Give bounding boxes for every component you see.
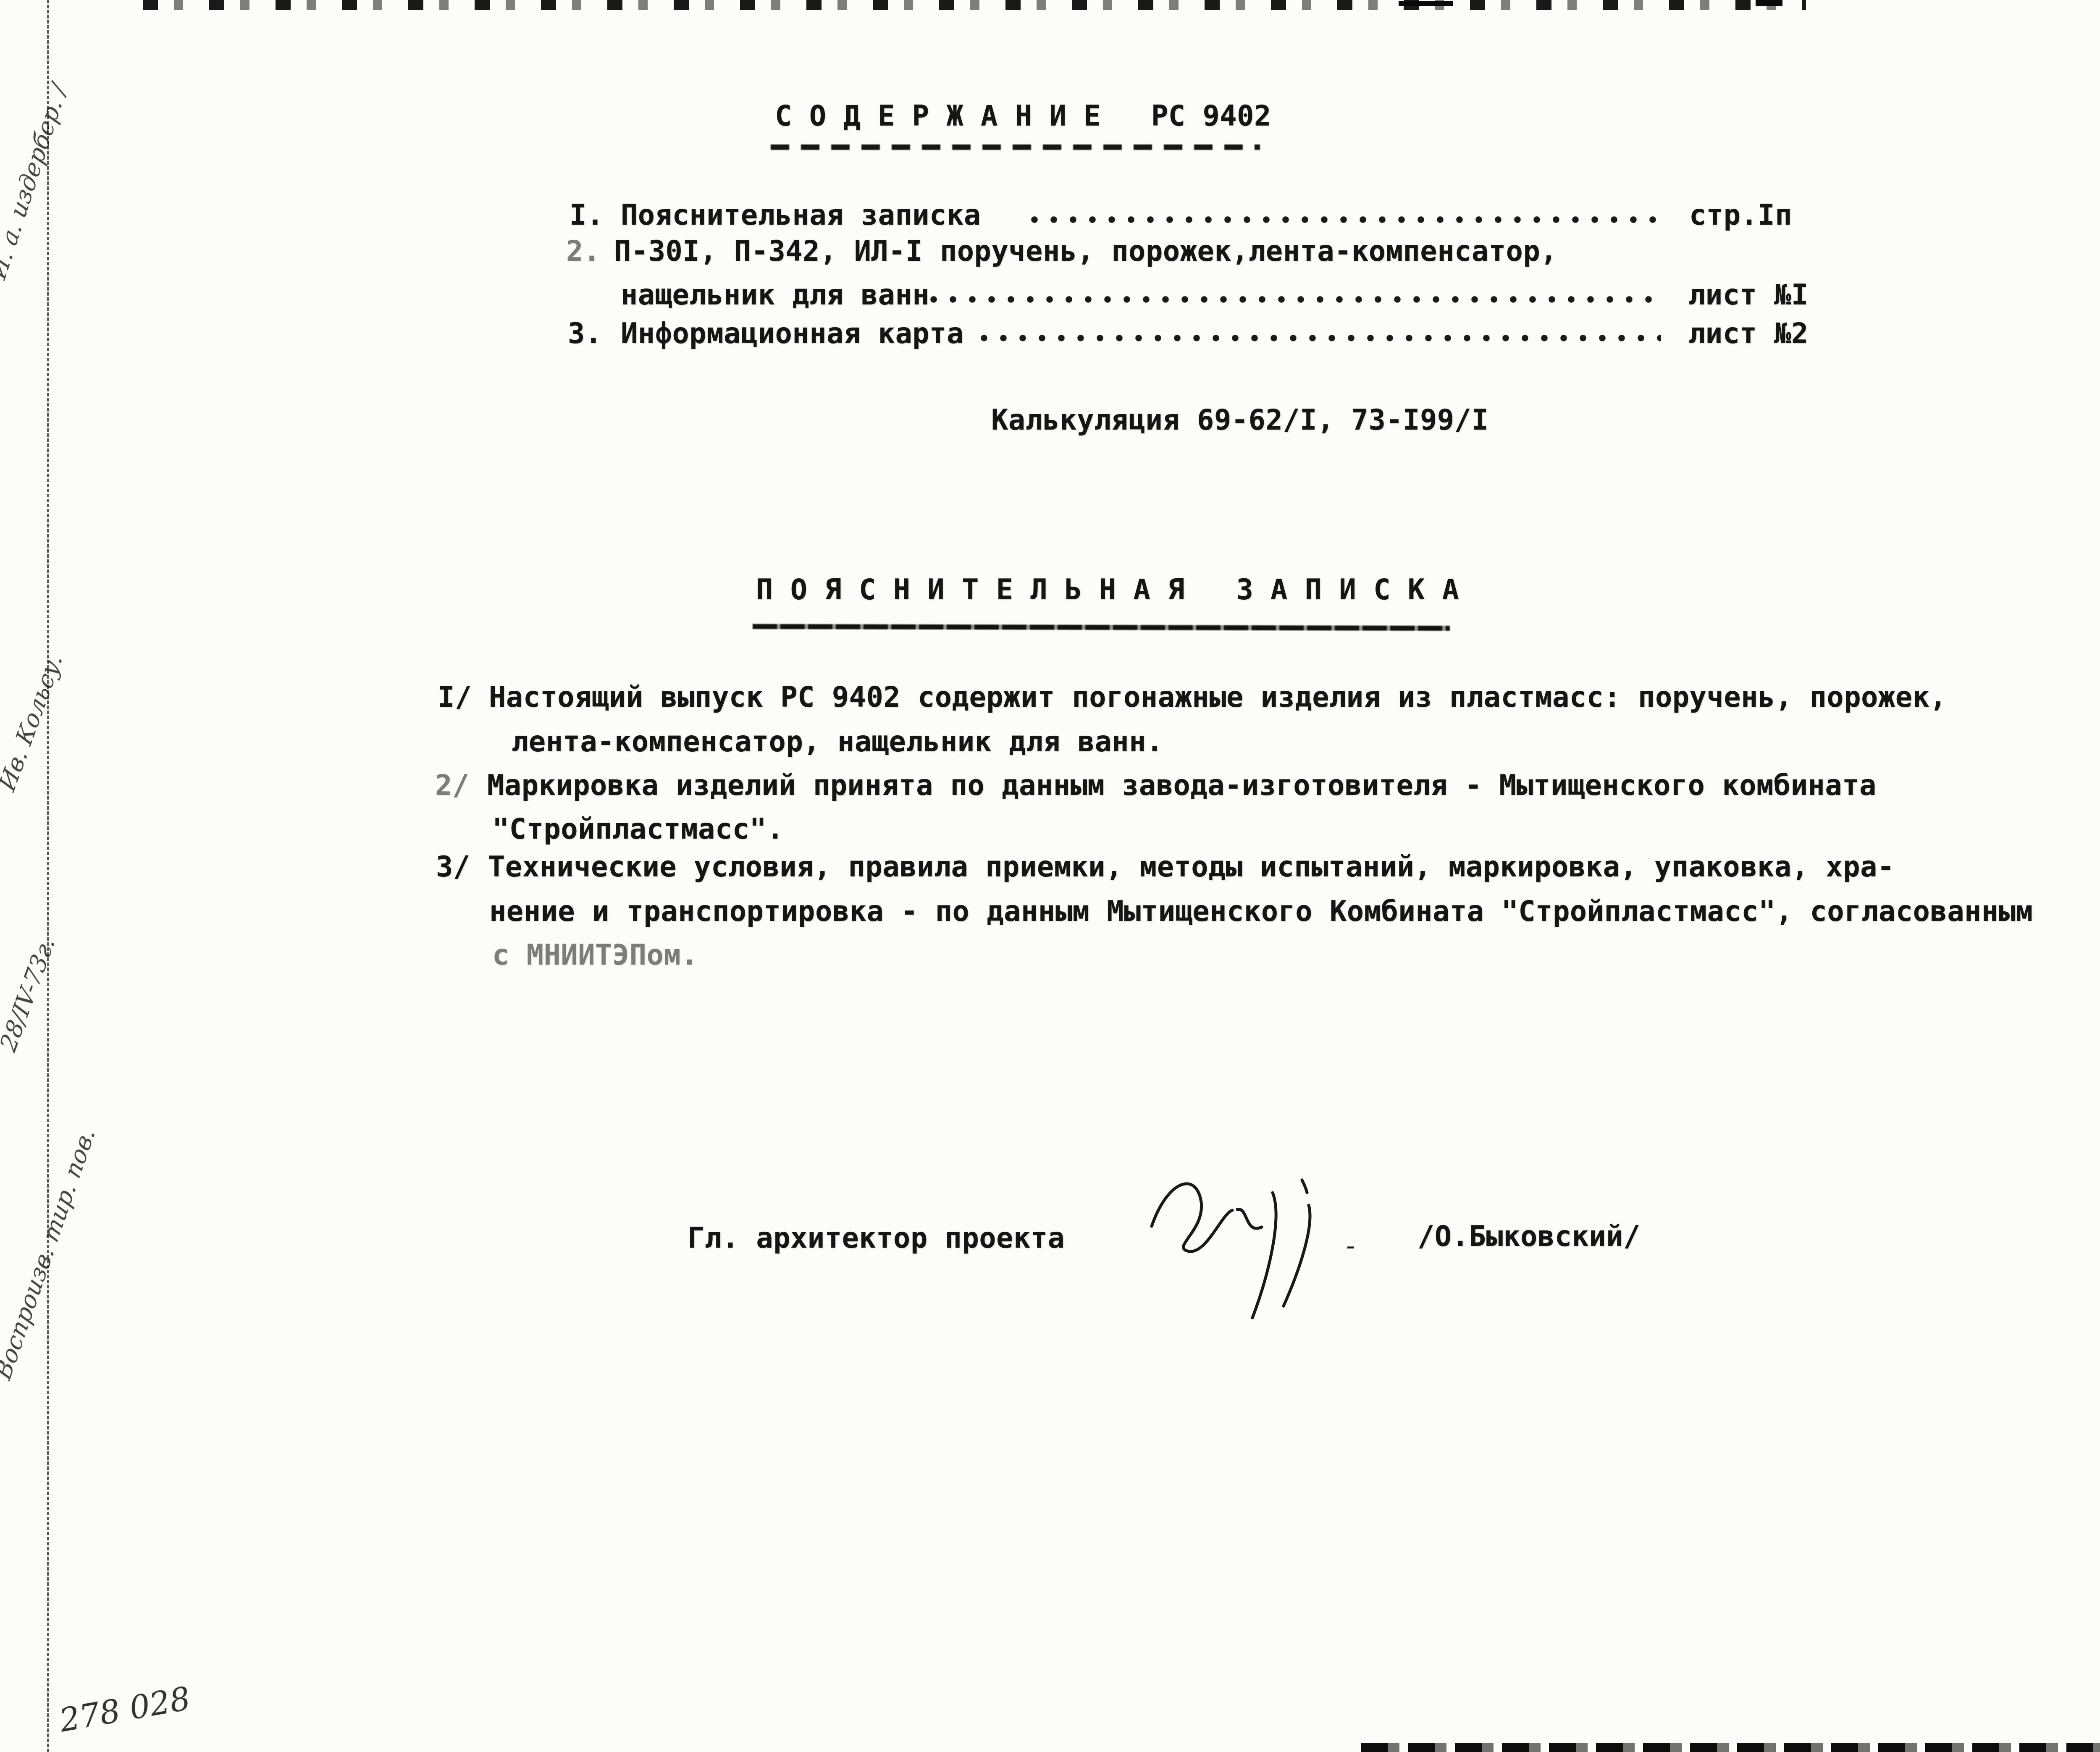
page-number-handwritten: 278 028: [57, 1679, 193, 1739]
dot-leader: [930, 296, 1661, 303]
paragraph-marker: 3/: [436, 852, 470, 883]
margin-fold-line: [47, 0, 49, 1752]
toc-item-title: П-30I, П-342, ИЛ-I поручень, порожек,лен…: [614, 236, 1557, 267]
toc-item-number: 2.: [566, 236, 601, 267]
dot-leader: [981, 334, 1661, 342]
scan-artifact-blob: [1756, 0, 1782, 6]
scan-artifact-blob: [1399, 1, 1453, 6]
paragraph-line: с МНИИТЭПом.: [492, 940, 698, 971]
paragraph-line: "Стройпластмасс".: [492, 814, 784, 845]
note-heading: П О Я С Н И Т Е Л Ь Н А Я З А П И С К А: [756, 574, 1459, 606]
margin-handwriting-note: И. а. издербер. /: [0, 79, 73, 283]
margin-handwriting-note: Ив. Кольсу.: [0, 649, 68, 796]
toc-item-number: I.: [570, 200, 604, 231]
paragraph-line: Технические условия, правила приемки, ме…: [488, 852, 1895, 883]
note-heading-underline: [753, 624, 1450, 631]
handwritten-signature: [1142, 1163, 1344, 1331]
paragraph-line: Настоящий выпуск РС 9402 содержит погона…: [489, 682, 1947, 713]
toc-item-number: 3.: [568, 318, 602, 349]
toc-heading-underline: [771, 144, 1260, 150]
paragraph-marker: I/: [438, 682, 472, 713]
signature-separator-dash: -: [1346, 1230, 1355, 1262]
paragraph-marker: 2/: [435, 770, 470, 801]
toc-heading-title: С О Д Е Р Ж А Н И Е: [775, 100, 1101, 132]
scan-artifact-bottom-edge: [1361, 1743, 2100, 1752]
signature-name: /О.Быковский/: [1417, 1221, 1641, 1252]
signature-role-label: Гл. архитектор проекта: [688, 1223, 1065, 1254]
toc-item-title: Информационная карта: [621, 318, 964, 349]
toc-item-title: Пояснительная записка: [621, 200, 981, 231]
paragraph-line: Маркировка изделий принята по данным зав…: [487, 770, 1877, 801]
margin-handwriting-note: Воспроизв. тир. пов.: [0, 1123, 101, 1384]
toc-item-page-ref: лист №2: [1688, 318, 1809, 349]
margin-handwriting-note: 28/IV-73г.: [0, 932, 60, 1056]
paragraph-line: лента-компенсатор, нащельник для ванн.: [512, 727, 1163, 758]
scan-artifact-top-edge: [143, 0, 1806, 10]
calculation-reference: Калькуляция 69-62/I, 73-I99/I: [991, 405, 1488, 436]
toc-item-page-ref: стр.Iп: [1689, 200, 1792, 231]
paragraph-line: нение и транспортировка - по данным Мыти…: [489, 896, 2033, 927]
scanned-document-page: И. а. издербер. / Ив. Кольсу. 28/IV-73г.…: [0, 0, 2100, 1752]
toc-item-title-continued: нащельник для ванн: [621, 280, 929, 311]
toc-item-page-ref: лист №I: [1688, 280, 1809, 311]
toc-heading: С О Д Е Р Ж А Н И ЕРС 9402: [775, 101, 1271, 132]
dot-leader: [1031, 216, 1661, 223]
toc-heading-code: РС 9402: [1101, 100, 1271, 132]
